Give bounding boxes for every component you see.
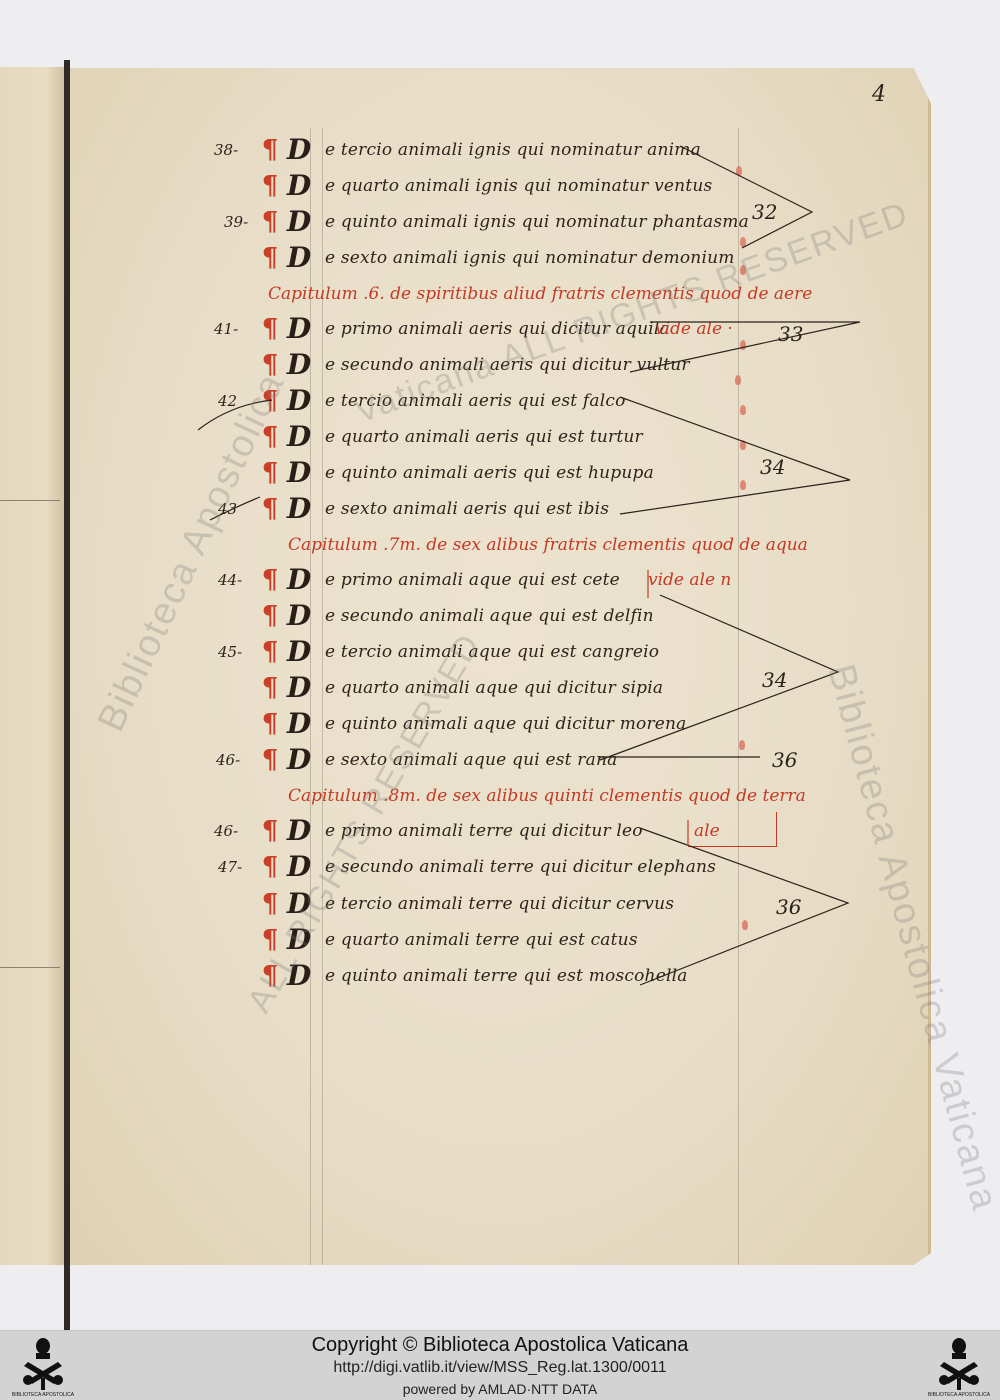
margin-number: 41- — [214, 311, 238, 347]
footer-url[interactable]: http://digi.vatlib.it/view/MSS_Reg.lat.1… — [0, 1359, 1000, 1377]
pilcrow-mark: ¶ — [258, 311, 282, 347]
footer-powered-by: powered by AMLAD·NTT DATA — [0, 1381, 1000, 1397]
reference-number: 32 — [752, 200, 777, 224]
vatican-library-logo-icon: BIBLIOTECA APOSTOLICA — [922, 1334, 996, 1398]
reference-number: 33 — [778, 322, 803, 346]
pilcrow-mark: ¶ — [258, 168, 282, 204]
red-mark — [735, 375, 741, 385]
pilcrow-mark: ¶ — [258, 742, 282, 778]
initial-letter: D — [286, 347, 312, 383]
pilcrow-mark: ¶ — [258, 240, 282, 276]
initial-letter: D — [286, 311, 312, 347]
initial-letter: D — [286, 634, 312, 670]
initial-letter: D — [286, 491, 312, 527]
pilcrow-mark: ¶ — [258, 455, 282, 491]
margin-number: 45- — [218, 634, 242, 670]
initial-letter: D — [286, 562, 312, 598]
text-line: e tercio animali aque qui est cangreio — [325, 634, 659, 670]
pilcrow-mark: ¶ — [258, 204, 282, 240]
reference-number: 36 — [776, 895, 801, 919]
pilcrow-mark: ¶ — [258, 634, 282, 670]
initial-letter: D — [286, 455, 312, 491]
text-line: e sexto animali aeris qui est ibis — [325, 491, 609, 527]
pilcrow-mark: ¶ — [258, 491, 282, 527]
reference-number: 36 — [772, 748, 797, 772]
pilcrow-mark: ¶ — [258, 813, 282, 849]
text-line: e secundo animali aque qui est delfin — [325, 598, 654, 634]
initial-letter: D — [286, 168, 312, 204]
text-line: e secundo animali terre qui dicitur elep… — [325, 849, 716, 885]
pilcrow-mark: ¶ — [258, 670, 282, 706]
margin-number: 46- — [216, 742, 240, 778]
reference-number: 34 — [760, 455, 785, 479]
initial-letter: D — [286, 132, 312, 168]
initial-letter: D — [286, 419, 312, 455]
text-line: e quarto animali ignis qui nominatur ven… — [325, 168, 712, 204]
reference-number: 34 — [762, 668, 787, 692]
red-mark — [740, 440, 746, 450]
margin-number: 44- — [218, 562, 242, 598]
binding-gutter — [64, 60, 70, 1335]
initial-letter: D — [286, 813, 312, 849]
margin-number: 39- — [224, 204, 248, 240]
text-line: e quarto animali aque qui dicitur sipia — [325, 670, 663, 706]
red-mark — [742, 920, 748, 930]
text-line: e quinto animali terre qui est moscohell… — [325, 958, 688, 994]
manuscript-viewer: 4 ¶De tercio animali ignis qui nominatur… — [0, 0, 1000, 1330]
initial-letter: D — [286, 742, 312, 778]
text-line: e tercio animali ignis qui nominatur ani… — [325, 132, 701, 168]
initial-letter: D — [286, 706, 312, 742]
red-mark — [740, 340, 746, 350]
text-line: e quinto animali aeris qui est hupupa — [325, 455, 654, 491]
rubric-heading: Capitulum .7m. de sex alibus fratris cle… — [288, 527, 808, 563]
initial-letter: D — [286, 670, 312, 706]
svg-text:BIBLIOTECA APOSTOLICA: BIBLIOTECA APOSTOLICA — [928, 1392, 991, 1398]
note-bracket — [688, 812, 777, 847]
red-mark — [740, 405, 746, 415]
initial-letter: D — [286, 204, 312, 240]
pilcrow-mark: ¶ — [258, 849, 282, 885]
red-mark — [736, 166, 742, 176]
text-line: e quinto animali ignis qui nominatur pha… — [325, 204, 749, 240]
left-page-edge — [0, 67, 66, 1265]
pilcrow-mark: ¶ — [258, 562, 282, 598]
text-line: e quinto animali aque qui dicitur morena — [325, 706, 687, 742]
pilcrow-mark: ¶ — [258, 598, 282, 634]
folio-number: 4 — [872, 82, 886, 107]
footer-bar: BIBLIOTECA APOSTOLICA Copyright © Biblio… — [0, 1330, 1000, 1400]
left-page-mark — [0, 967, 60, 968]
red-mark — [740, 480, 746, 490]
text-line: e sexto animali ignis qui nominatur demo… — [325, 240, 735, 276]
margin-number: 46- — [214, 813, 238, 849]
margin-number: 38- — [214, 132, 238, 168]
pilcrow-mark: ¶ — [258, 132, 282, 168]
text-line: e tercio animali terre qui dicitur cervu… — [325, 886, 674, 922]
red-mark — [739, 740, 745, 750]
initial-letter: D — [286, 240, 312, 276]
left-page-mark — [0, 500, 60, 501]
pilcrow-mark: ¶ — [258, 706, 282, 742]
margin-number: 47- — [218, 849, 242, 885]
text-line: e primo animali aque qui est cete — [325, 562, 620, 598]
text-line: e sexto animali aque qui est rana — [325, 742, 617, 778]
marginal-note: vide ale n — [648, 562, 731, 598]
red-mark — [740, 237, 746, 247]
footer-copyright: Copyright © Biblioteca Apostolica Vatica… — [0, 1334, 1000, 1357]
pilcrow-mark: ¶ — [258, 886, 282, 922]
initial-letter: D — [286, 598, 312, 634]
text-line: e quarto animali terre qui est catus — [325, 922, 638, 958]
